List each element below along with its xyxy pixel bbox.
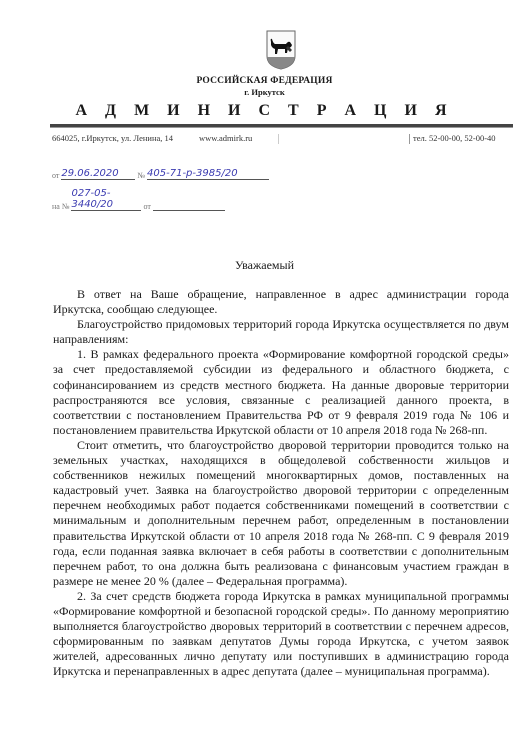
paragraph: 1. В рамках федерального проекта «Формир…	[53, 347, 509, 438]
reply-number-field: 027-05-3440/20	[71, 188, 141, 211]
paragraph: Благоустройство придомовых территорий го…	[53, 317, 509, 347]
from-label: от	[52, 171, 59, 180]
address: 664025, г.Иркутск, ул. Ленина, 14	[52, 133, 173, 143]
divider	[409, 134, 410, 144]
reply-from-label: от	[143, 202, 150, 211]
paragraph: 2. За счет средств бюджета города Иркутс…	[53, 589, 509, 680]
paragraph: Стоит отметить, что благоустройство двор…	[53, 438, 509, 589]
header-divider	[50, 124, 513, 128]
reply-number-value: 027-05-3440/20	[71, 188, 113, 210]
reply-date-field	[153, 200, 225, 211]
number-label: №	[137, 171, 145, 180]
outgoing-registration: от 29.06.2020 № 405-71-р-3985/20	[52, 168, 269, 180]
paragraph: В ответ на Ваше обращение, направленное …	[53, 287, 509, 317]
number-field: 405-71-р-3985/20	[147, 168, 269, 180]
city-name: г. Иркутск	[0, 87, 529, 97]
date-value: 29.06.2020	[61, 168, 118, 179]
phone-numbers: тел. 52-00-00, 52-00-40	[413, 133, 496, 143]
number-value: 405-71-р-3985/20	[147, 168, 238, 179]
salutation: Уважаемый	[0, 258, 529, 273]
organization-title: А Д М И Н И С Т Р А Ц И Я	[0, 102, 529, 120]
divider	[278, 134, 279, 144]
irkutsk-coat-of-arms-icon	[266, 30, 296, 70]
website-link[interactable]: www.admirk.ru	[199, 133, 252, 143]
incoming-reference: на № 027-05-3440/20 от	[52, 188, 225, 211]
reply-number-label: на №	[52, 202, 69, 211]
date-field: 29.06.2020	[61, 168, 135, 180]
country-name: РОССИЙСКАЯ ФЕДЕРАЦИЯ	[0, 76, 529, 86]
letter-body: В ответ на Ваше обращение, направленное …	[53, 287, 509, 679]
